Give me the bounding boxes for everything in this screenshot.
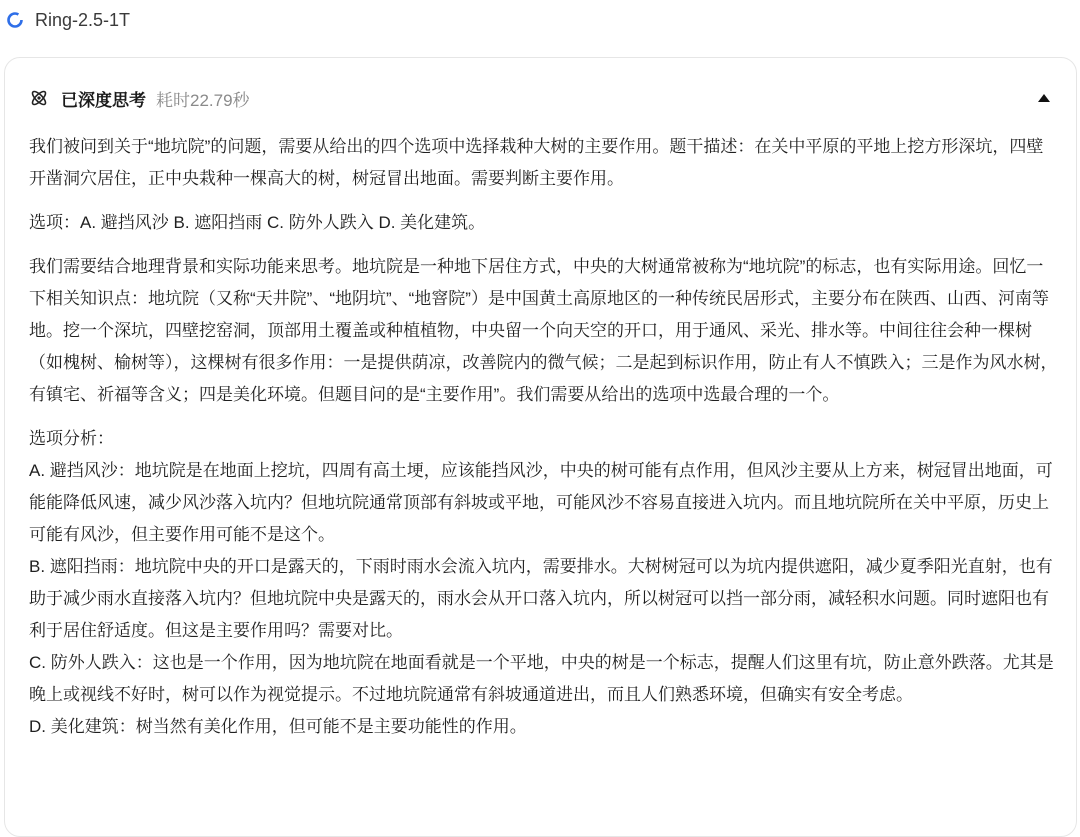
- analysis-item-a: A. 避挡风沙：地坑院是在地面上挖坑，四周有高土埂，应该能挡风沙，中央的树可能有…: [29, 455, 1059, 551]
- thinking-title: 已深度思考: [61, 86, 146, 111]
- thinking-elapsed: 耗时22.79秒: [156, 86, 250, 111]
- atom-icon: [29, 88, 49, 108]
- thinking-header[interactable]: 已深度思考 耗时22.79秒: [29, 86, 250, 110]
- thinking-panel: 已深度思考 耗时22.79秒 我们被问到关于“地坑院”的问题，需要从给出的四个选…: [4, 57, 1077, 804]
- analysis-item-c: C. 防外人跌入：这也是一个作用，因为地坑院在地面看就是一个平地，中央的树是一个…: [29, 647, 1059, 711]
- thinking-content: 我们被问到关于“地坑院”的问题，需要从给出的四个选项中选择栽种大树的主要作用。题…: [29, 131, 1059, 743]
- ring-logo-icon: [6, 11, 24, 29]
- analysis-item-d: D. 美化建筑：树当然有美化作用，但可能不是主要功能性的作用。: [29, 711, 1059, 743]
- paragraph: 我们被问到关于“地坑院”的问题，需要从给出的四个选项中选择栽种大树的主要作用。题…: [29, 131, 1059, 195]
- paragraph: 我们需要结合地理背景和实际功能来思考。地坑院是一种地下居住方式，中央的大树通常被…: [29, 251, 1059, 411]
- options-line: 选项：A. 避挡风沙 B. 遮阳挡雨 C. 防外人跌入 D. 美化建筑。: [29, 207, 1059, 239]
- analysis-section: 选项分析： A. 避挡风沙：地坑院是在地面上挖坑，四周有高土埂，应该能挡风沙，中…: [29, 423, 1059, 743]
- triangle-up-icon: [1037, 93, 1051, 103]
- model-header: Ring-2.5-1T: [6, 6, 130, 34]
- analysis-item-b: B. 遮阳挡雨：地坑院中央的开口是露天的，下雨时雨水会流入坑内，需要排水。大树树…: [29, 551, 1059, 647]
- analysis-heading: 选项分析：: [29, 423, 1059, 455]
- model-name: Ring-2.5-1T: [35, 10, 130, 31]
- collapse-button[interactable]: [1034, 88, 1054, 108]
